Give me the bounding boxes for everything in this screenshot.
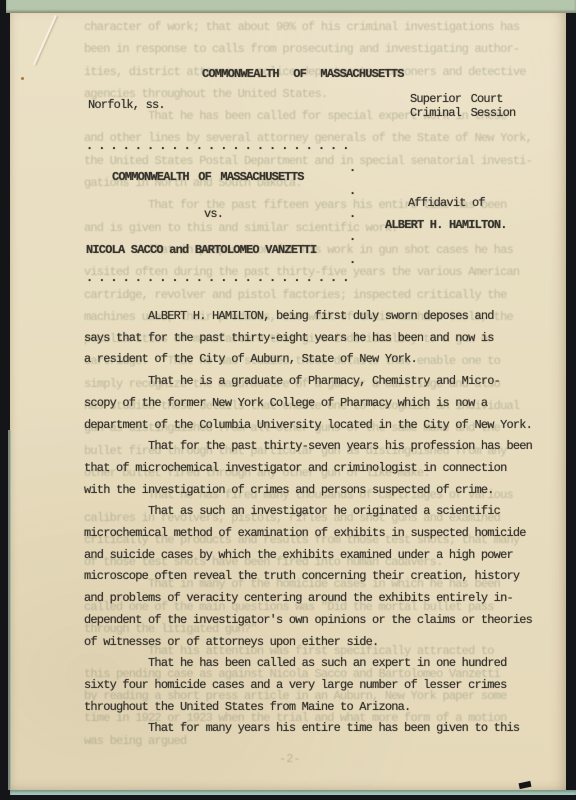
caption-plaintiff: COMMONWEALTH OF MASSACHUSETTS bbox=[112, 167, 304, 189]
caption-versus: vs. bbox=[204, 204, 223, 226]
page-number-showthrough: -2- bbox=[279, 752, 301, 766]
caption-defendants: NICOLA SACCO and BARTOLOMEO VANZETTI bbox=[86, 240, 316, 262]
affidavit-label: Affidavit of bbox=[408, 193, 485, 215]
court-header-title: COMMONWEALTH OF MASSACHUSETTS bbox=[202, 64, 404, 86]
court-session-block: Superior Court Criminal Session bbox=[410, 93, 515, 120]
scan-background: character of work; that about 90% of his… bbox=[0, 0, 576, 800]
caption-dotted-line-bottom: ...................... bbox=[86, 268, 354, 290]
left-edge-sliver bbox=[8, 430, 11, 790]
bottom-edge-line bbox=[10, 790, 576, 795]
caption-dotted-line-top: ...................... bbox=[86, 136, 354, 158]
affidavit-body: ALBERT H. HAMILTON, being first duly swo… bbox=[84, 306, 532, 740]
venue-line: Norfolk, ss. bbox=[88, 95, 165, 117]
affiant-name: ALBERT H. HAMILTON. bbox=[385, 215, 507, 237]
caption-vertical-dots: . . . . . bbox=[349, 157, 355, 272]
ink-speck bbox=[21, 77, 24, 80]
